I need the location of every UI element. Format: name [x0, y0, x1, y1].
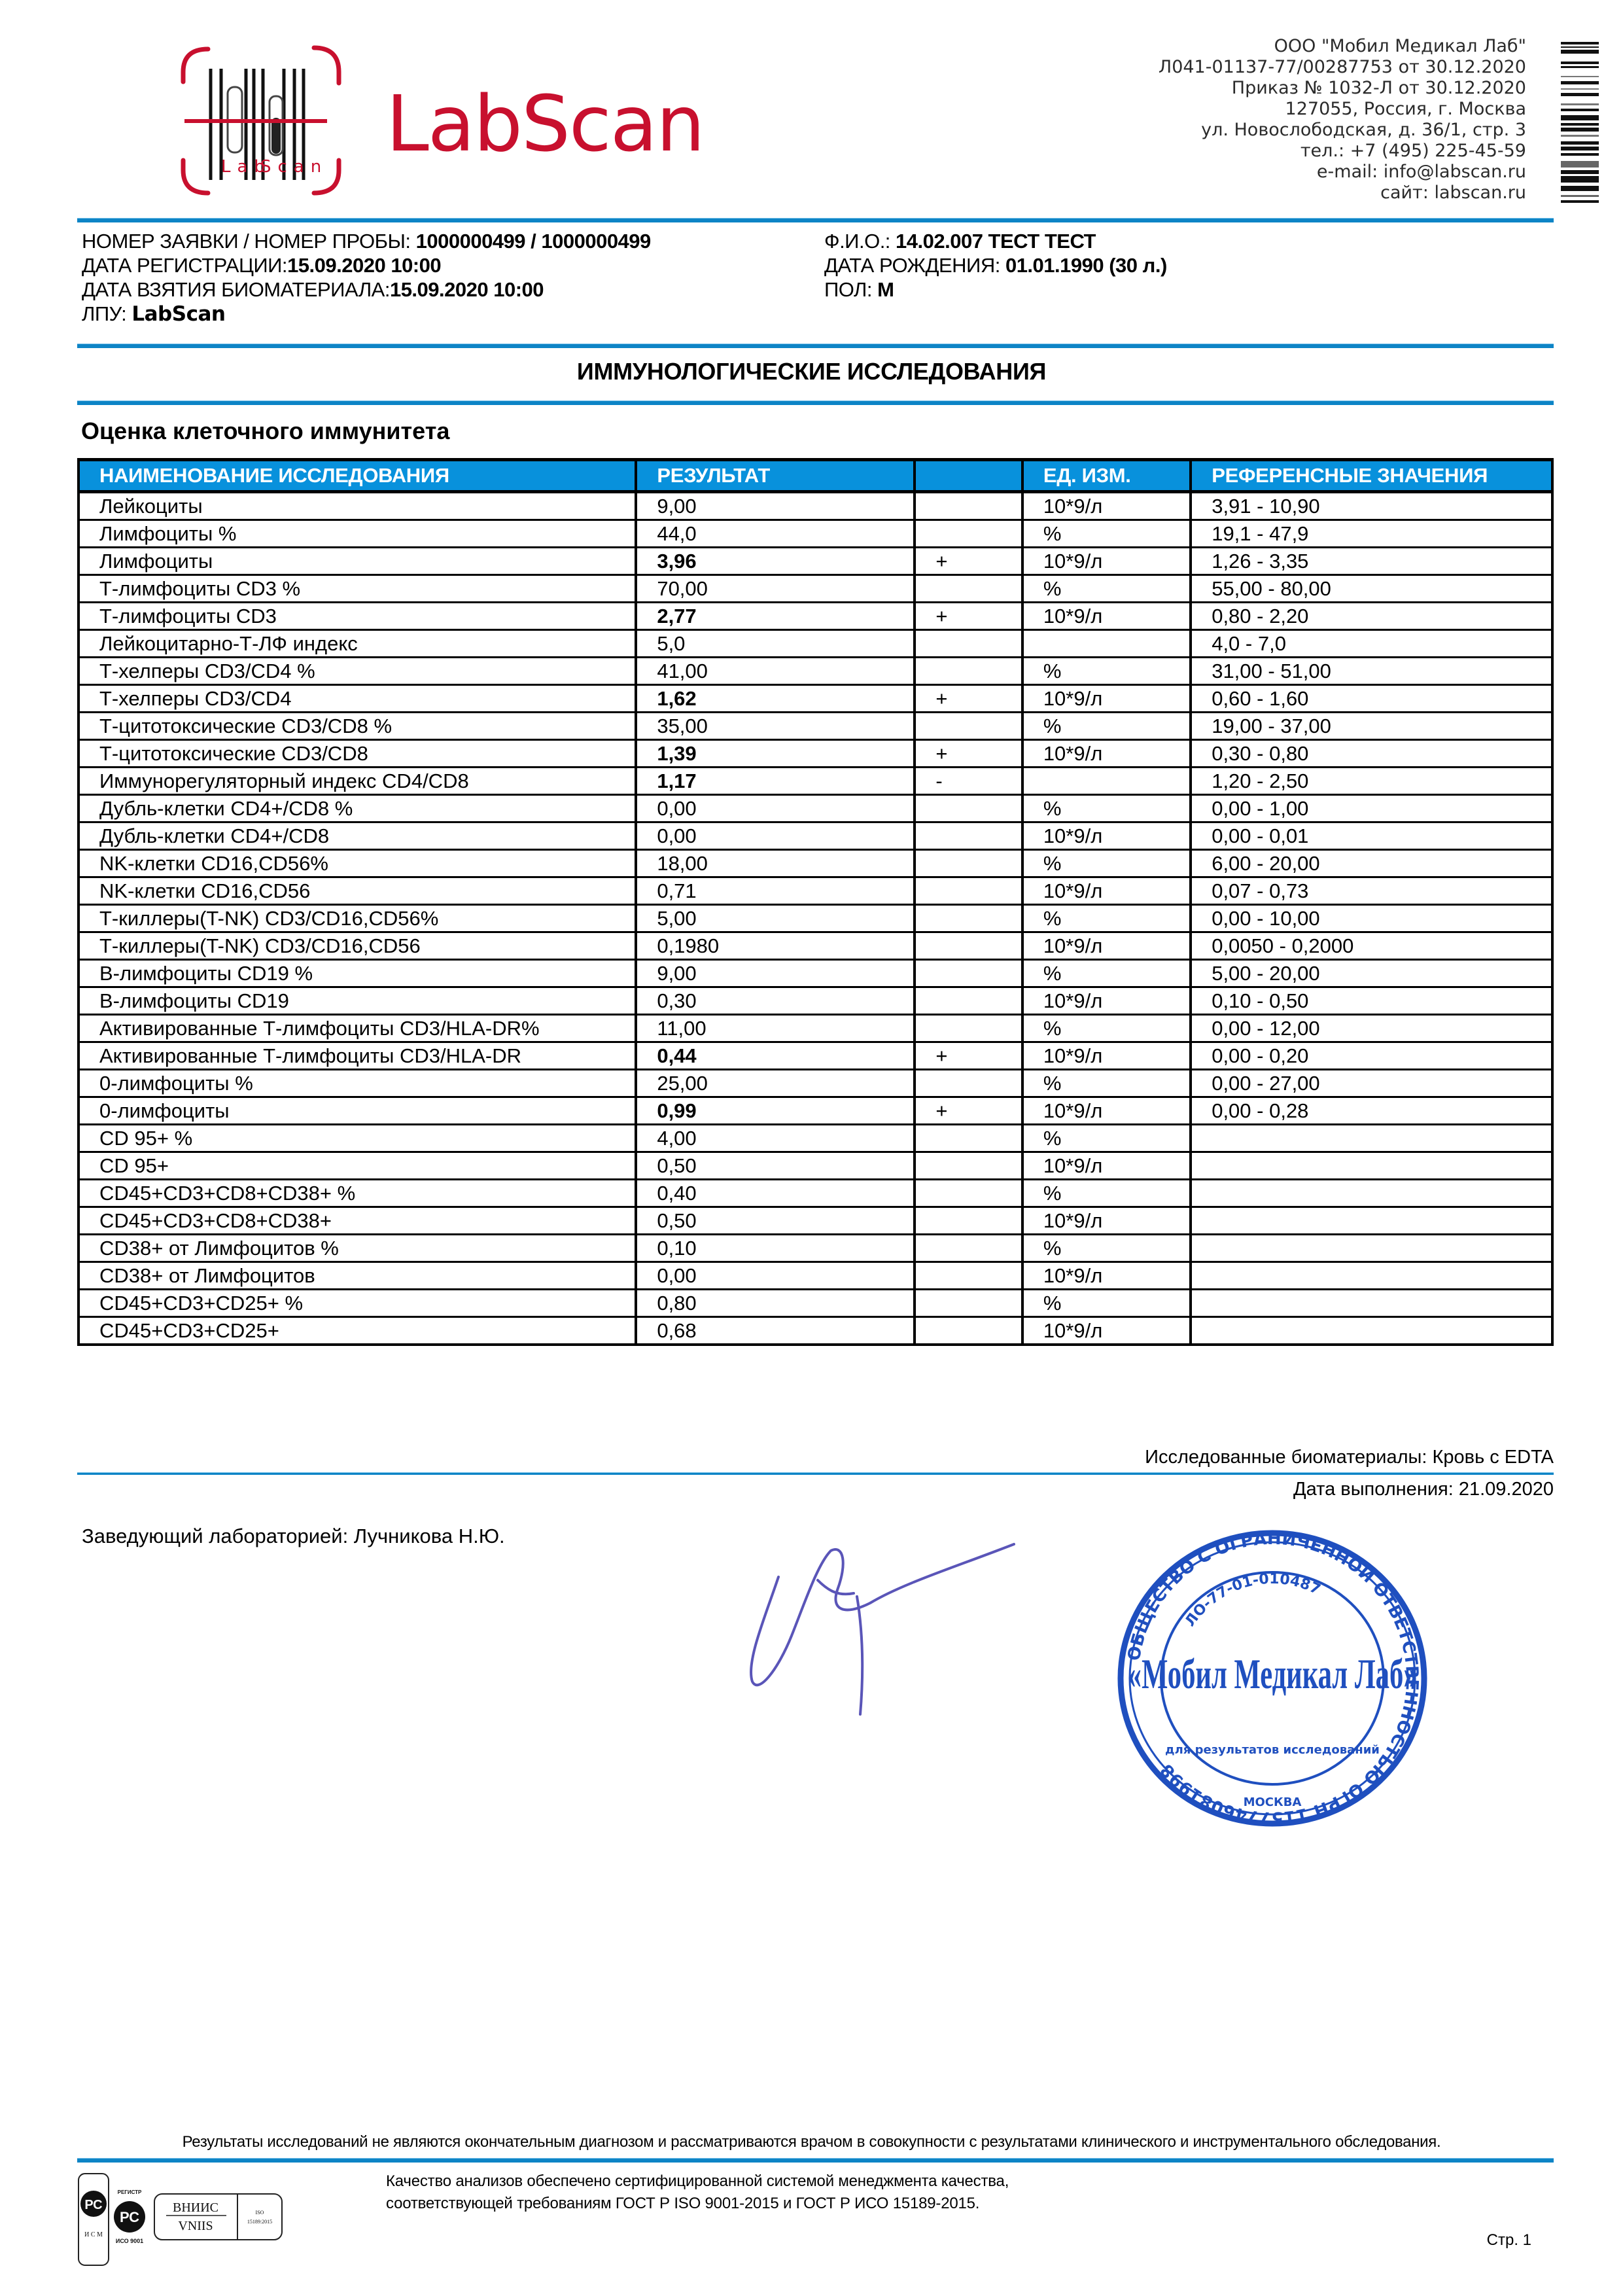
quality-line-2: соответствующей требованиям ГОСТ Р ISO 9…	[386, 2193, 1009, 2215]
test-name: 0-лимфоциты %	[79, 1070, 636, 1097]
table-row: Т-киллеры(T-NK) CD3/CD16,CD56%5,00%0,00 …	[79, 905, 1552, 932]
test-reference: 0,00 - 1,00	[1191, 795, 1552, 822]
biomaterial-divider	[77, 1472, 1554, 1475]
test-reference: 3,91 - 10,90	[1191, 492, 1552, 520]
table-row: Т-киллеры(T-NK) CD3/CD16,CD560,198010*9/…	[79, 932, 1552, 960]
test-name: CD45+CD3+CD8+CD38+	[79, 1207, 636, 1235]
rst-registr-icon: РЕГИСТР РС ИСО 9001	[114, 2189, 145, 2244]
test-unit: %	[1022, 658, 1191, 685]
test-reference: 55,00 - 80,00	[1191, 575, 1552, 603]
stamp-purpose: для результатов исследований	[1165, 1743, 1380, 1757]
test-name: Т-лимфоциты CD3	[79, 603, 636, 630]
test-unit: 10*9/л	[1022, 685, 1191, 713]
test-result: 11,00	[636, 1015, 915, 1042]
test-name: Активированные Т-лимфоциты CD3/HLA-DR	[79, 1042, 636, 1070]
test-unit: 10*9/л	[1022, 822, 1191, 850]
svg-text:15189:2015: 15189:2015	[247, 2219, 272, 2225]
test-reference: 0,00 - 27,00	[1191, 1070, 1552, 1097]
test-result: 1,39	[636, 740, 915, 768]
table-row: Т-цитотоксические CD3/CD81,39+10*9/л0,30…	[79, 740, 1552, 768]
svg-text:ЛО-77-01-010487: ЛО-77-01-010487	[1182, 1571, 1323, 1630]
test-flag	[915, 932, 1022, 960]
test-unit: 10*9/л	[1022, 1152, 1191, 1180]
table-row: Иммунорегуляторный индекс CD4/CD81,17-1,…	[79, 768, 1552, 795]
test-name: CD38+ от Лимфоцитов %	[79, 1235, 636, 1262]
svg-text:ISO: ISO	[256, 2210, 264, 2216]
table-row: CD45+CD3+CD25+0,6810*9/л	[79, 1317, 1552, 1345]
barcode-icon	[1561, 39, 1599, 209]
column-header-flag	[915, 460, 1022, 492]
column-header-reference: РЕФЕРЕНСНЫЕ ЗНАЧЕНИЯ	[1191, 460, 1552, 492]
birth-date-value: 01.01.1990 (30 л.)	[1005, 254, 1167, 277]
svg-text:РС: РС	[120, 2209, 139, 2225]
test-name: CD45+CD3+CD8+CD38+ %	[79, 1180, 636, 1207]
test-unit: %	[1022, 1125, 1191, 1152]
stamp-center-text: «Мобил Медикал Лаб»	[1128, 1650, 1418, 1697]
test-flag	[915, 960, 1022, 987]
test-unit: %	[1022, 905, 1191, 932]
test-flag	[915, 1207, 1022, 1235]
sample-date-label: ДАТА ВЗЯТИЯ БИОМАТЕРИАЛА:	[82, 278, 390, 301]
table-row: CD45+CD3+CD8+CD38+ %0,40%	[79, 1180, 1552, 1207]
test-result: 25,00	[636, 1070, 915, 1097]
test-name: CD 95+ %	[79, 1125, 636, 1152]
sample-date-value: 15.09.2020 10:00	[390, 278, 544, 301]
test-unit: 10*9/л	[1022, 877, 1191, 905]
test-result: 0,1980	[636, 932, 915, 960]
test-flag	[915, 1015, 1022, 1042]
biomaterial-note: Исследованные биоматериалы: Кровь с EDTA	[1145, 1447, 1554, 1468]
test-unit: 10*9/л	[1022, 1097, 1191, 1125]
test-unit: %	[1022, 575, 1191, 603]
birth-date-label: ДАТА РОЖДЕНИЯ:	[824, 254, 1005, 277]
test-flag: +	[915, 685, 1022, 713]
disclaimer: Результаты исследований не являются окон…	[0, 2133, 1623, 2151]
test-reference	[1191, 1290, 1552, 1317]
company-info: ООО "Мобил Медикал Лаб" Л041-01137-77/00…	[1159, 36, 1526, 203]
company-phone: тел.: +7 (495) 225-45-59	[1159, 141, 1526, 162]
quality-line-1: Качество анализов обеспечено сертифициро…	[386, 2170, 1009, 2193]
test-result: 0,44	[636, 1042, 915, 1070]
test-flag: -	[915, 768, 1022, 795]
title-divider	[77, 400, 1554, 405]
registration-date-value: 15.09.2020 10:00	[287, 254, 441, 277]
results-body: Лейкоциты9,0010*9/л3,91 - 10,90Лимфоциты…	[79, 492, 1552, 1345]
test-name: Иммунорегуляторный индекс CD4/CD8	[79, 768, 636, 795]
column-header-result: РЕЗУЛЬТАТ	[636, 460, 915, 492]
test-flag: +	[915, 603, 1022, 630]
company-license: Л041-01137-77/00287753 от 30.12.2020	[1159, 57, 1526, 78]
test-name: Т-киллеры(T-NK) CD3/CD16,CD56	[79, 932, 636, 960]
test-reference	[1191, 1125, 1552, 1152]
test-flag	[915, 520, 1022, 548]
column-header-name: НАИМЕНОВАНИЕ ИССЛЕДОВАНИЯ	[79, 460, 636, 492]
table-row: Лейкоциты9,0010*9/л3,91 - 10,90	[79, 492, 1552, 520]
test-flag	[915, 1152, 1022, 1180]
table-row: В-лимфоциты CD190,3010*9/л0,10 - 0,50	[79, 987, 1552, 1015]
test-result: 5,00	[636, 905, 915, 932]
test-reference: 0,10 - 0,50	[1191, 987, 1552, 1015]
test-result: 2,77	[636, 603, 915, 630]
test-result: 35,00	[636, 713, 915, 740]
test-reference: 19,1 - 47,9	[1191, 520, 1552, 548]
test-flag: +	[915, 1042, 1022, 1070]
test-reference: 19,00 - 37,00	[1191, 713, 1552, 740]
test-unit: 10*9/л	[1022, 1262, 1191, 1290]
test-result: 0,30	[636, 987, 915, 1015]
test-flag	[915, 987, 1022, 1015]
test-name: Лимфоциты %	[79, 520, 636, 548]
table-row: Т-хелперы CD3/CD41,62+10*9/л0,60 - 1,60	[79, 685, 1552, 713]
test-reference: 0,0050 - 0,2000	[1191, 932, 1552, 960]
birth-date-row: ДАТА РОЖДЕНИЯ: 01.01.1990 (30 л.)	[824, 253, 1167, 277]
test-name: Т-киллеры(T-NK) CD3/CD16,CD56%	[79, 905, 636, 932]
test-flag	[915, 713, 1022, 740]
test-reference: 0,00 - 0,28	[1191, 1097, 1552, 1125]
table-row: Лимфоциты3,96+10*9/л1,26 - 3,35	[79, 548, 1552, 575]
test-unit: %	[1022, 713, 1191, 740]
test-unit: %	[1022, 1015, 1191, 1042]
test-name: Т-цитотоксические CD3/CD8	[79, 740, 636, 768]
test-flag	[915, 1317, 1022, 1345]
certification-logos: РС И С М РЕГИСТР РС ИСО 9001 ВНИИС VNIIS…	[77, 2171, 287, 2269]
test-name: 0-лимфоциты	[79, 1097, 636, 1125]
column-header-unit: ЕД. ИЗМ.	[1022, 460, 1191, 492]
table-row: Т-цитотоксические CD3/CD8 %35,00%19,00 -…	[79, 713, 1552, 740]
test-flag	[915, 1290, 1022, 1317]
test-result: 44,0	[636, 520, 915, 548]
report-title: ИММУНОЛОГИЧЕСКИЕ ИССЛЕДОВАНИЯ	[0, 358, 1623, 385]
table-row: CD38+ от Лимфоцитов %0,10%	[79, 1235, 1552, 1262]
table-row: Лейкоцитарно-Т-ЛФ индекс5,04,0 - 7,0	[79, 630, 1552, 658]
test-reference: 1,20 - 2,50	[1191, 768, 1552, 795]
sex-value: М	[877, 278, 894, 301]
table-row: Т-лимфоциты CD32,77+10*9/л0,80 - 2,20	[79, 603, 1552, 630]
test-result: 0,50	[636, 1152, 915, 1180]
signature	[739, 1505, 1040, 1721]
patient-name-value: 14.02.007 ТЕСТ ТЕСТ	[896, 230, 1096, 253]
test-unit: 10*9/л	[1022, 548, 1191, 575]
test-reference: 0,07 - 0,73	[1191, 877, 1552, 905]
test-reference: 6,00 - 20,00	[1191, 850, 1552, 877]
company-website[interactable]: сайт: labscan.ru	[1159, 183, 1526, 203]
company-stamp: ОБЩЕСТВО С ОГРАНИЧЕННОЙ ОТВЕТСТВЕННОСТЬЮ…	[1112, 1525, 1433, 1832]
patient-info: Ф.И.О.: 14.02.007 ТЕСТ ТЕСТ ДАТА РОЖДЕНИ…	[824, 229, 1167, 302]
test-flag: +	[915, 740, 1022, 768]
test-unit: %	[1022, 520, 1191, 548]
test-name: Т-хелперы CD3/CD4 %	[79, 658, 636, 685]
test-name: Дубль-клетки CD4+/CD8	[79, 822, 636, 850]
test-name: Лейкоцитарно-Т-ЛФ индекс	[79, 630, 636, 658]
sex-row: ПОЛ: М	[824, 277, 1167, 302]
test-result: 4,00	[636, 1125, 915, 1152]
svg-text:Scan: Scan	[260, 157, 328, 177]
test-reference	[1191, 1152, 1552, 1180]
test-unit: %	[1022, 795, 1191, 822]
rst-ism-icon: РС И С М	[79, 2174, 109, 2265]
test-flag	[915, 1125, 1022, 1152]
test-result: 9,00	[636, 960, 915, 987]
test-unit	[1022, 630, 1191, 658]
page-number: Стр. 1	[1487, 2231, 1531, 2250]
table-row: Т-хелперы CD3/CD4 %41,00%31,00 - 51,00	[79, 658, 1552, 685]
test-result: 0,80	[636, 1290, 915, 1317]
test-reference: 0,00 - 10,00	[1191, 905, 1552, 932]
sample-date-row: ДАТА ВЗЯТИЯ БИОМАТЕРИАЛА:15.09.2020 10:0…	[82, 277, 651, 302]
test-flag	[915, 822, 1022, 850]
table-row: 0-лимфоциты %25,00%0,00 - 27,00	[79, 1070, 1552, 1097]
head-of-lab: Заведующий лабораторией: Лучникова Н.Ю.	[82, 1525, 505, 1548]
test-flag	[915, 575, 1022, 603]
test-reference	[1191, 1317, 1552, 1345]
test-name: NK-клетки CD16,CD56	[79, 877, 636, 905]
table-row: Активированные Т-лимфоциты CD3/HLA-DR%11…	[79, 1015, 1552, 1042]
order-number-label: НОМЕР ЗАЯВКИ / НОМЕР ПРОБЫ:	[82, 230, 416, 253]
test-flag	[915, 1180, 1022, 1207]
test-result: 1,62	[636, 685, 915, 713]
table-row: В-лимфоциты CD19 %9,00%5,00 - 20,00	[79, 960, 1552, 987]
table-row: CD45+CD3+CD25+ %0,80%	[79, 1290, 1552, 1317]
test-name: CD38+ от Лимфоцитов	[79, 1262, 636, 1290]
test-flag	[915, 877, 1022, 905]
test-name: Лимфоциты	[79, 548, 636, 575]
test-flag	[915, 658, 1022, 685]
test-reference: 0,00 - 0,20	[1191, 1042, 1552, 1070]
table-row: CD38+ от Лимфоцитов0,0010*9/л	[79, 1262, 1552, 1290]
table-row: NK-клетки CD16,CD56%18,00%6,00 - 20,00	[79, 850, 1552, 877]
test-result: 5,0	[636, 630, 915, 658]
test-unit: 10*9/л	[1022, 1207, 1191, 1235]
test-name: Т-лимфоциты CD3 %	[79, 575, 636, 603]
test-result: 0,50	[636, 1207, 915, 1235]
test-reference	[1191, 1180, 1552, 1207]
test-result: 41,00	[636, 658, 915, 685]
test-result: 1,17	[636, 768, 915, 795]
test-unit: %	[1022, 1070, 1191, 1097]
logo-wordmark: LabScan	[386, 79, 704, 169]
test-unit: 10*9/л	[1022, 1042, 1191, 1070]
registration-date-label: ДАТА РЕГИСТРАЦИИ:	[82, 254, 287, 277]
order-info: НОМЕР ЗАЯВКИ / НОМЕР ПРОБЫ: 1000000499 /…	[82, 229, 651, 327]
svg-text:И С М: И С М	[84, 2231, 103, 2238]
test-name: Т-цитотоксические CD3/CD8 %	[79, 713, 636, 740]
test-unit: 10*9/л	[1022, 740, 1191, 768]
test-reference: 0,30 - 0,80	[1191, 740, 1552, 768]
test-unit: %	[1022, 850, 1191, 877]
test-flag	[915, 905, 1022, 932]
company-email[interactable]: e-mail: info@labscan.ru	[1159, 162, 1526, 183]
table-row: Активированные Т-лимфоциты CD3/HLA-DR0,4…	[79, 1042, 1552, 1070]
test-reference: 5,00 - 20,00	[1191, 960, 1552, 987]
test-unit: 10*9/л	[1022, 603, 1191, 630]
section-title: Оценка клеточного иммунитета	[81, 417, 449, 445]
company-order: Приказ № 1032-Л от 30.12.2020	[1159, 78, 1526, 99]
test-reference	[1191, 1262, 1552, 1290]
company-street: ул. Новослободская, д. 36/1, стр. 3	[1159, 120, 1526, 141]
sex-label: ПОЛ:	[824, 278, 877, 301]
test-unit: %	[1022, 960, 1191, 987]
patient-name-row: Ф.И.О.: 14.02.007 ТЕСТ ТЕСТ	[824, 229, 1167, 253]
vniis-icon: ВНИИС VNIIS ISO 15189:2015	[154, 2194, 282, 2240]
table-row: CD 95+ %4,00%	[79, 1125, 1552, 1152]
lpu-row: ЛПУ: LabScan	[82, 302, 651, 327]
test-result: 0,10	[636, 1235, 915, 1262]
table-row: Т-лимфоциты CD3 %70,00%55,00 - 80,00	[79, 575, 1552, 603]
svg-text:РЕГИСТР: РЕГИСТР	[118, 2189, 142, 2195]
header-divider	[77, 218, 1554, 222]
table-row: Дубль-клетки CD4+/CD8 %0,00%0,00 - 1,00	[79, 795, 1552, 822]
test-name: NK-клетки CD16,CD56%	[79, 850, 636, 877]
test-name: Дубль-клетки CD4+/CD8 %	[79, 795, 636, 822]
test-reference: 4,0 - 7,0	[1191, 630, 1552, 658]
test-unit: 10*9/л	[1022, 932, 1191, 960]
test-result: 3,96	[636, 548, 915, 575]
test-flag	[915, 1070, 1022, 1097]
table-row: 0-лимфоциты0,99+10*9/л0,00 - 0,28	[79, 1097, 1552, 1125]
test-flag: +	[915, 1097, 1022, 1125]
test-flag	[915, 850, 1022, 877]
registration-date-row: ДАТА РЕГИСТРАЦИИ:15.09.2020 10:00	[82, 253, 651, 277]
test-unit	[1022, 768, 1191, 795]
quality-statement: Качество анализов обеспечено сертифициро…	[386, 2170, 1009, 2215]
test-name: CD45+CD3+CD25+ %	[79, 1290, 636, 1317]
test-flag	[915, 1235, 1022, 1262]
test-result: 70,00	[636, 575, 915, 603]
test-flag	[915, 630, 1022, 658]
test-reference: 0,00 - 0,01	[1191, 822, 1552, 850]
test-name: CD45+CD3+CD25+	[79, 1317, 636, 1345]
test-reference	[1191, 1207, 1552, 1235]
svg-text:ИСО 9001: ИСО 9001	[116, 2238, 143, 2244]
test-name: CD 95+	[79, 1152, 636, 1180]
patient-name-label: Ф.И.О.:	[824, 230, 896, 253]
svg-text:VNIIS: VNIIS	[178, 2219, 213, 2233]
test-unit: 10*9/л	[1022, 987, 1191, 1015]
test-reference: 31,00 - 51,00	[1191, 658, 1552, 685]
stamp-city: МОСКВА	[1244, 1795, 1302, 1809]
test-unit: %	[1022, 1180, 1191, 1207]
test-reference: 1,26 - 3,35	[1191, 548, 1552, 575]
table-row: Дубль-клетки CD4+/CD80,0010*9/л0,00 - 0,…	[79, 822, 1552, 850]
test-result: 0,00	[636, 795, 915, 822]
test-name: Активированные Т-лимфоциты CD3/HLA-DR%	[79, 1015, 636, 1042]
test-flag	[915, 1262, 1022, 1290]
test-reference: 0,00 - 12,00	[1191, 1015, 1552, 1042]
test-result: 0,68	[636, 1317, 915, 1345]
test-name: Т-хелперы CD3/CD4	[79, 685, 636, 713]
svg-text:ВНИИС: ВНИИС	[173, 2200, 218, 2215]
test-result: 0,00	[636, 1262, 915, 1290]
table-row: CD 95+0,5010*9/л	[79, 1152, 1552, 1180]
company-name: ООО "Мобил Медикал Лаб"	[1159, 36, 1526, 57]
test-result: 0,00	[636, 822, 915, 850]
test-unit: %	[1022, 1235, 1191, 1262]
test-reference: 0,80 - 2,20	[1191, 603, 1552, 630]
table-header: НАИМЕНОВАНИЕ ИССЛЕДОВАНИЯ РЕЗУЛЬТАТ ЕД. …	[79, 460, 1552, 492]
test-result: 0,99	[636, 1097, 915, 1125]
test-reference	[1191, 1235, 1552, 1262]
results-table: НАИМЕНОВАНИЕ ИССЛЕДОВАНИЯ РЕЗУЛЬТАТ ЕД. …	[77, 458, 1554, 1346]
svg-text:РС: РС	[84, 2198, 102, 2212]
table-row: NK-клетки CD16,CD560,7110*9/л0,07 - 0,73	[79, 877, 1552, 905]
order-number-value: 1000000499 / 1000000499	[416, 230, 651, 253]
test-flag	[915, 795, 1022, 822]
test-result: 0,40	[636, 1180, 915, 1207]
test-flag: +	[915, 548, 1022, 575]
lpu-value: LabScan	[131, 302, 225, 326]
company-city: 127055, Россия, г. Москва	[1159, 99, 1526, 120]
test-result: 18,00	[636, 850, 915, 877]
lpu-label: ЛПУ:	[82, 302, 131, 325]
test-name: В-лимфоциты CD19	[79, 987, 636, 1015]
test-result: 9,00	[636, 492, 915, 520]
test-result: 0,71	[636, 877, 915, 905]
test-name: Лейкоциты	[79, 492, 636, 520]
test-reference: 0,60 - 1,60	[1191, 685, 1552, 713]
test-unit: 10*9/л	[1022, 492, 1191, 520]
test-unit: 10*9/л	[1022, 1317, 1191, 1345]
completion-date: Дата выполнения: 21.09.2020	[1293, 1479, 1554, 1500]
info-divider	[77, 344, 1554, 348]
table-row: CD45+CD3+CD8+CD38+0,5010*9/л	[79, 1207, 1552, 1235]
test-name: В-лимфоциты CD19 %	[79, 960, 636, 987]
test-flag	[915, 492, 1022, 520]
table-row: Лимфоциты %44,0%19,1 - 47,9	[79, 520, 1552, 548]
test-unit: %	[1022, 1290, 1191, 1317]
stamp-license: ЛО-77-01-010487	[1182, 1571, 1323, 1630]
order-number-row: НОМЕР ЗАЯВКИ / НОМЕР ПРОБЫ: 1000000499 /…	[82, 229, 651, 253]
footer-divider	[77, 2158, 1554, 2163]
